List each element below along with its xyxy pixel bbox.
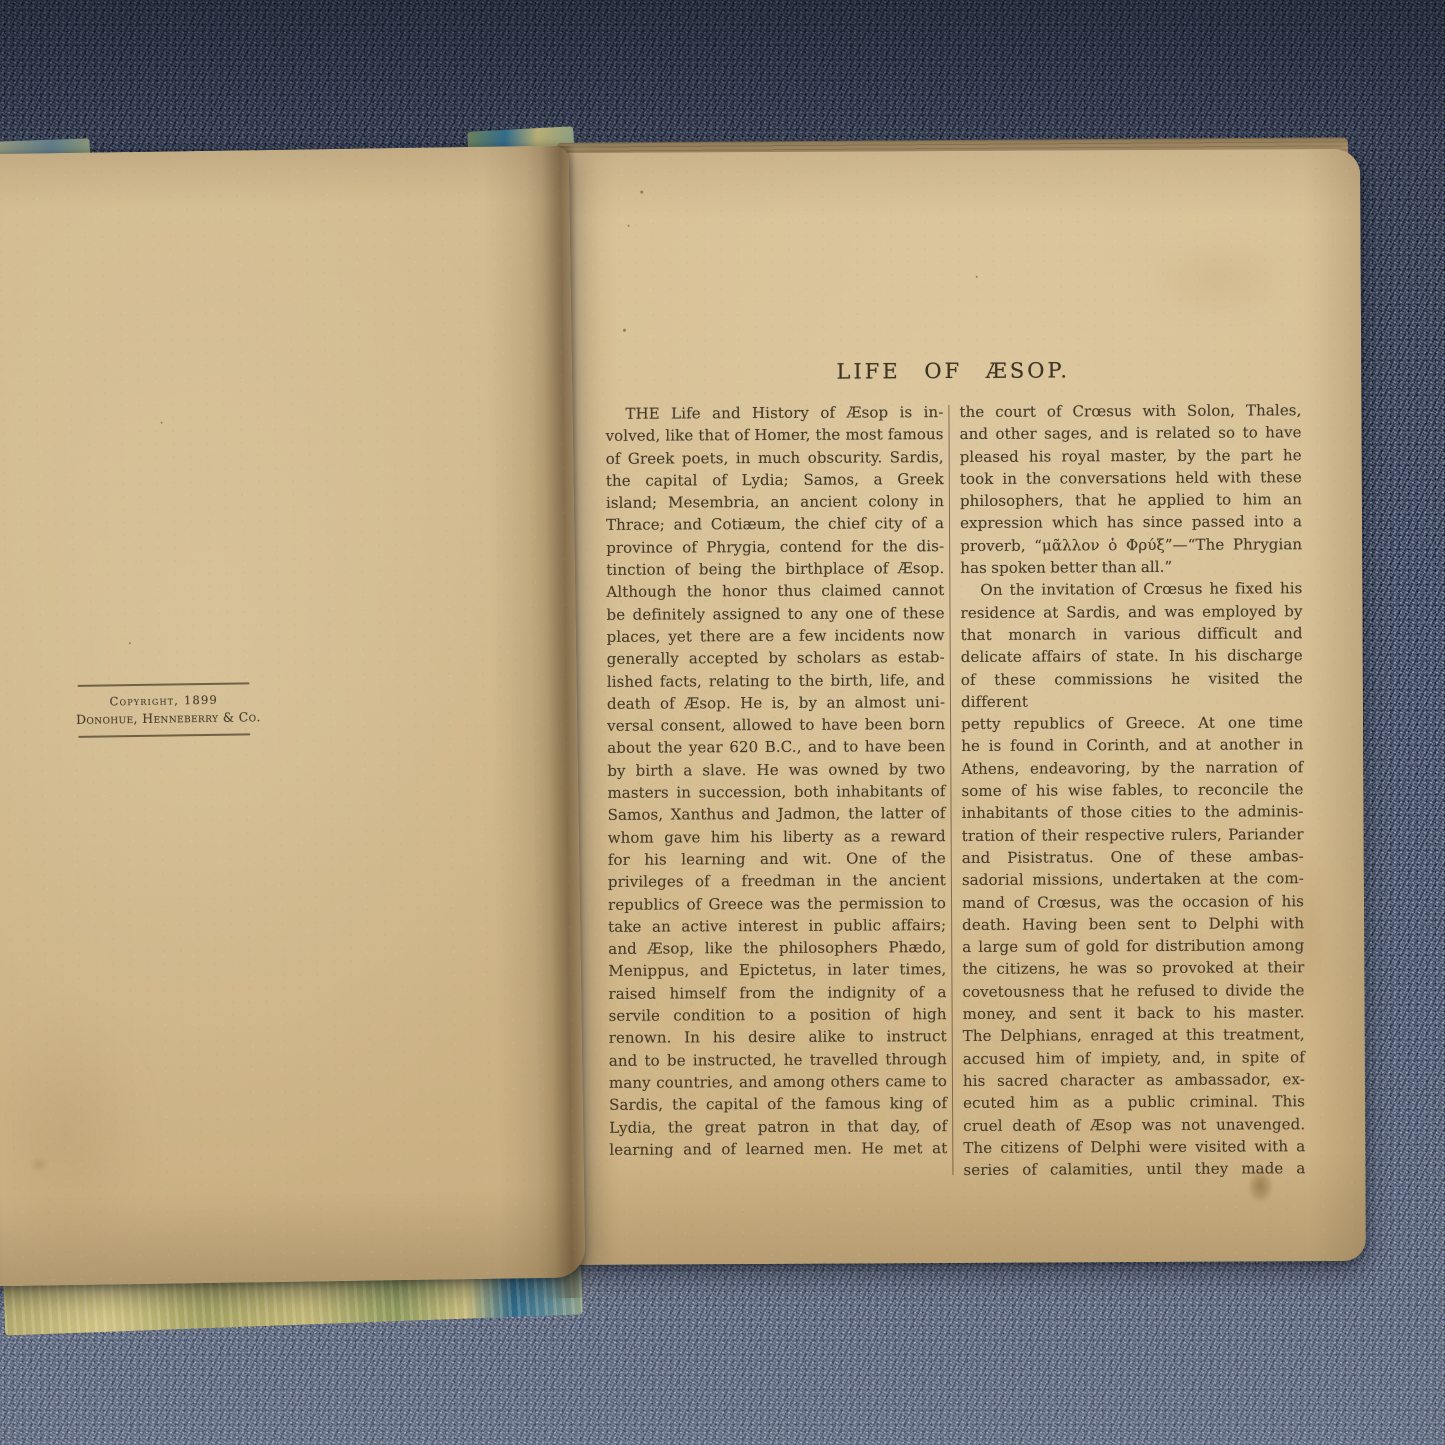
text-line: tration of their respective rulers, Pari…	[962, 823, 1304, 847]
text-line: volved, like that of Homer, the most fam…	[606, 423, 944, 447]
text-line: On the invitation of Crœsus he fixed his	[960, 578, 1302, 602]
text-line: raised himself from the indignity of a	[608, 981, 946, 1005]
text-line: servile condition to a position of high	[609, 1003, 947, 1027]
text-line: generally accepted by scholars as estab-	[607, 646, 945, 670]
text-line: proverb, “μᾶλλον ὁ Φρύξ”—“The Phrygian	[960, 533, 1302, 557]
text-line: masters in succession, both inhabitants …	[607, 780, 945, 804]
text-line: of these commissions he visited the diff…	[961, 667, 1303, 713]
text-line: a large sum of gold for distribution amo…	[962, 934, 1304, 958]
text-line: THE Life and History of Æsop is in-	[605, 401, 943, 425]
text-line: residence at Sardis, and was employed by	[960, 600, 1302, 624]
text-line: his sacred character as ambassador, ex-	[963, 1068, 1305, 1092]
text-line: and Æsop, like the philosophers Phædo,	[608, 936, 946, 960]
copyright-rule-bottom	[78, 733, 250, 738]
photo-background: LIFE OF ÆSOP. THE Life and History of Æs…	[0, 0, 1445, 1445]
text-line: Athens, endeavoring, by the narration of	[961, 756, 1303, 780]
text-line: and to be instructed, he travelled throu…	[609, 1048, 947, 1072]
text-line: took in the conversations held with thes…	[960, 466, 1302, 490]
speck	[627, 225, 629, 227]
text-line: whom gave him his liberty as a reward	[608, 825, 946, 849]
text-line: sadorial missions, undertaken at the com…	[962, 867, 1304, 891]
text-line: The citizens of Delphi were visited with…	[963, 1135, 1305, 1159]
text-line: island; Mesembria, an ancient colony in	[606, 490, 944, 514]
text-line: death of Æsop. He is, by an almost uni-	[607, 691, 945, 715]
text-line: tinction of being the birthplace of Æsop…	[606, 557, 944, 581]
text-column-left: THE Life and History of Æsop is in-volve…	[605, 401, 947, 1183]
left-page: Copyright, 1899 Donohue, Henneberry & Co…	[0, 146, 585, 1287]
text-line: and Pisistratus. One of these ambas-	[962, 845, 1304, 869]
speck	[976, 276, 978, 278]
text-line: of Greek poets, in much obscurity. Sardi…	[606, 446, 944, 470]
speck	[640, 191, 643, 194]
text-columns: THE Life and History of Æsop is in-volve…	[605, 399, 1305, 1183]
text-line: accused him of impiety, and, in spite of	[963, 1046, 1305, 1070]
text-line: the court of Crœsus with Solon, Thales,	[959, 399, 1301, 423]
text-line: expression which has since passed into a	[960, 511, 1302, 535]
text-line: take an active interest in public affair…	[608, 914, 946, 938]
text-line: privileges of a freedman in the ancient	[608, 869, 946, 893]
page-title: LIFE OF ÆSOP.	[605, 357, 1301, 385]
text-line: death. Having been sent to Delphi with	[962, 912, 1304, 936]
stain	[30, 1157, 48, 1171]
text-column-right: the court of Crœsus with Solon, Thales,a…	[959, 399, 1305, 1181]
stain	[1141, 237, 1296, 320]
text-line: has spoken better than all.”	[960, 555, 1302, 579]
text-line: Menippus, and Epictetus, in later times,	[608, 958, 946, 982]
text-line: about the year 620 B.C., and to have bee…	[607, 735, 945, 759]
speck	[129, 642, 131, 644]
text-line: and other sages, and is related so to ha…	[960, 421, 1302, 445]
text-line: for his learning and wit. One of the	[608, 847, 946, 871]
copyright-year: Copyright, 1899	[76, 692, 252, 709]
text-line: he is found in Corinth, and at another i…	[961, 734, 1303, 758]
text-line: many countries, and among others came to	[609, 1070, 947, 1094]
text-line: be definitely assigned to any one of the…	[606, 602, 944, 626]
text-line: by birth a slave. He was owned by two	[607, 758, 945, 782]
copyright-rule-top	[78, 682, 250, 687]
text-line: mand of Crœsus, was the occasion of his	[962, 890, 1304, 914]
speck	[161, 422, 163, 424]
text-line: that monarch in various difficult and	[961, 622, 1303, 646]
right-page: LIFE OF ÆSOP. THE Life and History of Æs…	[542, 149, 1366, 1265]
text-line: Thrace; and Cotiæum, the chief city of a	[606, 513, 944, 537]
text-line: money, and sent it back to his master.	[963, 1001, 1305, 1025]
text-line: inhabitants of those cities to the admin…	[962, 801, 1304, 825]
text-line: versal consent, allowed to have been bor…	[607, 713, 945, 737]
copyright-publisher: Donohue, Henneberry & Co.	[76, 709, 252, 727]
text-line: delicate affairs of state. In his discha…	[961, 644, 1303, 668]
text-line: Lydia, the great patron in that day, of	[609, 1115, 947, 1139]
text-line: the capital of Lydia; Samos, a Greek	[606, 468, 944, 492]
text-line: the citizens, he was so provoked at thei…	[962, 957, 1304, 981]
text-line: covetousness that he refused to divide t…	[962, 979, 1304, 1003]
text-line: petty republics of Greece. At one time	[961, 711, 1303, 735]
text-line: Samos, Xanthus and Jadmon, the latter of	[608, 802, 946, 826]
text-line: lished facts, relating to the birth, lif…	[607, 669, 945, 693]
text-line: philosophers, that he applied to him an	[960, 488, 1302, 512]
text-line: pleased his royal master, by the part he	[960, 444, 1302, 468]
text-line: renown. In his desire alike to instruct	[609, 1025, 947, 1049]
text-line: cruel death of Æsop was not unavenged.	[963, 1113, 1305, 1137]
text-line: learning and of learned men. He met at	[609, 1137, 947, 1161]
text-line: The Delphians, enraged at this treatment…	[963, 1023, 1305, 1047]
copyright-block: Copyright, 1899 Donohue, Henneberry & Co…	[76, 682, 253, 738]
text-line: province of Phrygia, contend for the dis…	[606, 535, 944, 559]
text-line: series of calamities, until they made a	[963, 1157, 1305, 1181]
text-line: republics of Greece was the permission t…	[608, 892, 946, 916]
column-divider-rule	[948, 405, 953, 1175]
speck	[623, 329, 626, 332]
text-line: places, yet there are a few incidents no…	[607, 624, 945, 648]
text-line: some of his wise fables, to reconcile th…	[961, 778, 1303, 802]
text-line: ecuted him as a public criminal. This	[963, 1090, 1305, 1114]
text-line: Sardis, the capital of the famous king o…	[609, 1092, 947, 1116]
text-line: Although the honor thus claimed cannot	[606, 579, 944, 603]
stain	[0, 1000, 156, 1268]
